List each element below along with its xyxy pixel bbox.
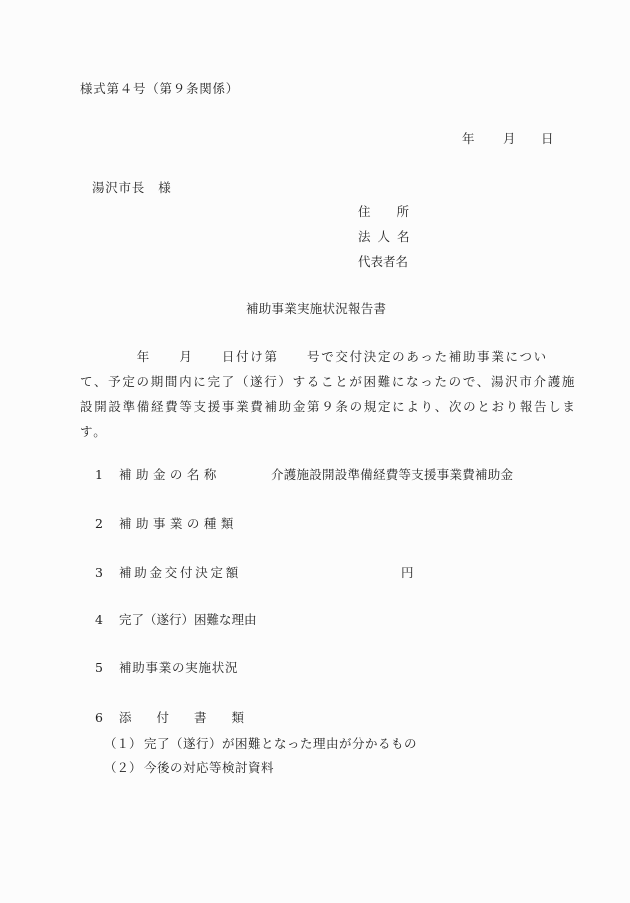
applicant-representative-label: 代表者名: [358, 256, 408, 269]
form-number: 様式第４号（第９条関係）: [80, 83, 239, 96]
corp-label-char-2: 人: [378, 231, 391, 244]
month-label: 月: [503, 133, 516, 146]
attachment-marker: （２）: [104, 762, 142, 775]
attachment-text: 今後の対応等検討資料: [144, 762, 274, 775]
corp-label-char-3: 名: [397, 231, 410, 244]
item-number: 4: [95, 614, 103, 627]
item-label: 補助事業の実施状況: [119, 662, 238, 675]
address-label-char-2: 所: [397, 206, 410, 219]
year-label: 年: [462, 133, 475, 146]
item-value: 介護施設開設準備経費等支援事業費補助金: [271, 469, 513, 482]
body-paragraph-line-4: す。: [80, 426, 107, 439]
item-label: 補 助 事 業 の 種 類: [119, 518, 234, 531]
applicant-address-label: 住所: [358, 206, 409, 219]
day-label: 日: [541, 133, 554, 146]
applicant-corporation-label: 法人名: [358, 231, 410, 244]
attachment-text: 完了（遂行）が困難となった理由が分かるもの: [144, 738, 417, 751]
item-label: 完了（遂行）困難な理由: [119, 614, 257, 627]
document-title: 補助事業実施状況報告書: [246, 303, 386, 316]
item-number: 6: [95, 712, 103, 725]
item-label: 補 助 金 の 名 称: [119, 469, 217, 482]
addressee: 湯沢市長 様: [92, 182, 172, 195]
body-paragraph-line-1: 年 月 日付け第 号で交付決定のあった補助事業につい: [80, 351, 548, 364]
yen-unit: 円: [401, 567, 414, 580]
item-number: 1: [95, 469, 103, 482]
body-paragraph-line-3: 設開設準備経費等支援事業費補助金第９条の規定により、次のとおり報告しま: [80, 401, 577, 414]
body-paragraph-line-2: て、予定の期間内に完了（遂行）することが困難になったので、湯沢市介護施: [80, 376, 576, 389]
item-label: 添 付 書 類: [119, 712, 244, 725]
address-label-char-1: 住: [358, 206, 371, 219]
attachment-marker: （１）: [104, 738, 142, 751]
corp-label-char-1: 法: [358, 231, 371, 244]
item-number: 2: [95, 518, 103, 531]
item-number: 5: [95, 662, 103, 675]
item-label: 補助金交付決定額: [119, 567, 241, 580]
item-number: 3: [95, 567, 103, 580]
